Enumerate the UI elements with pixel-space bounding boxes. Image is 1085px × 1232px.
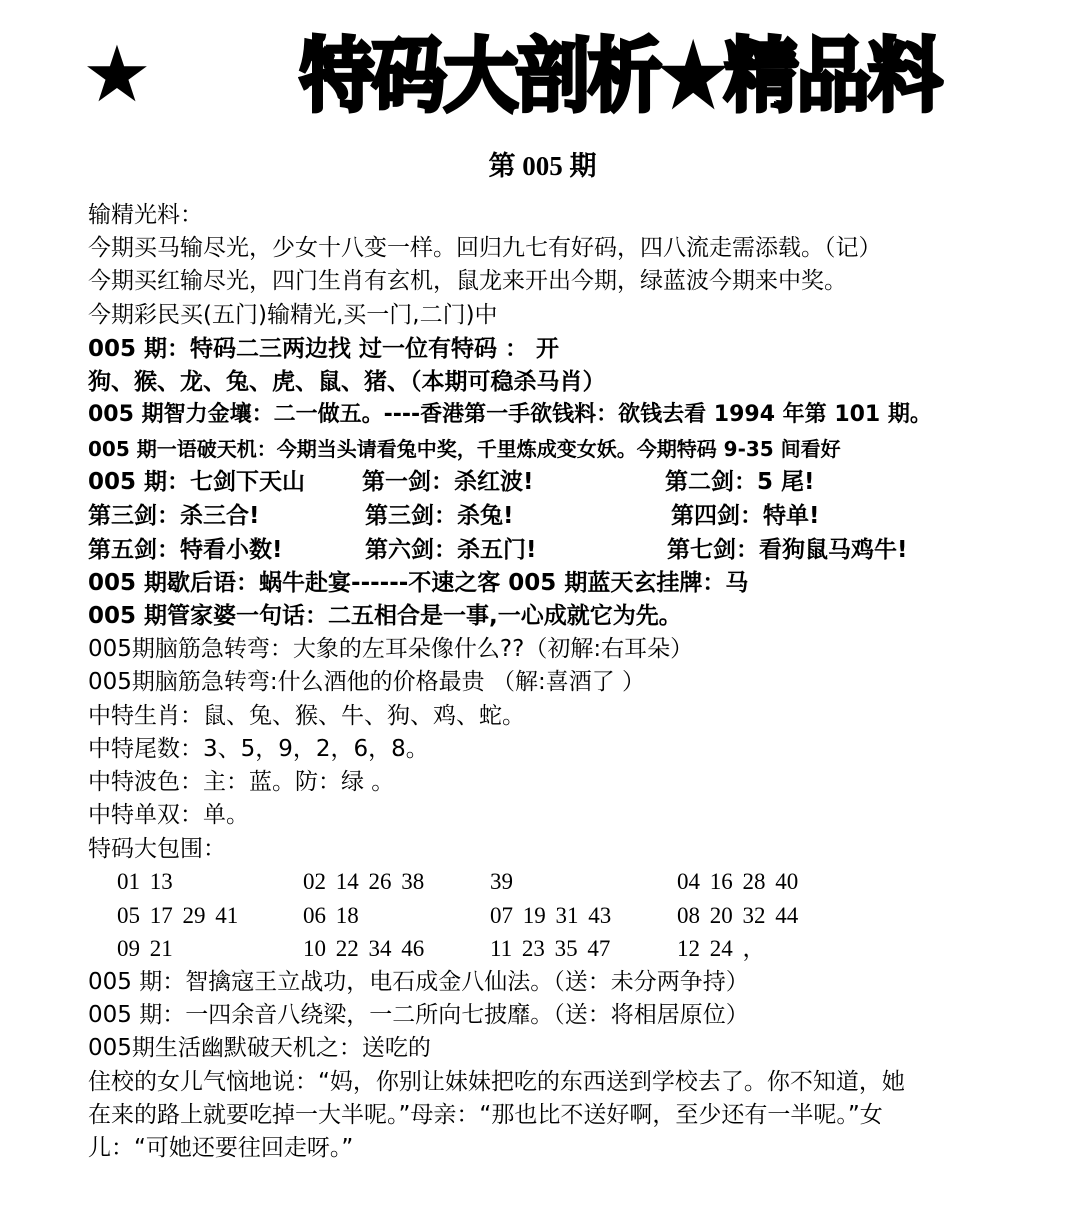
star-icon: ★ bbox=[82, 36, 152, 114]
closing-line: 005 期：一四余音八绕梁，一二所向七披靡。（送：将相居原位） bbox=[88, 1000, 749, 1030]
sword-cell: 第三剑：杀兔! bbox=[365, 501, 514, 531]
section-heading-lose: 输精光料： bbox=[88, 200, 203, 230]
number-group: 08 20 32 44 bbox=[677, 901, 798, 931]
story-line: 住校的女儿气恼地说：“妈，你别让妹妹把吃的东西送到学校去了。你不知道，她 bbox=[88, 1067, 905, 1097]
story-line: 儿：“可她还要往回走呀。” bbox=[88, 1133, 353, 1163]
number-group: 04 16 28 40 bbox=[677, 867, 798, 897]
proverb-line: 005 期歇后语：蜗牛赴宴------不速之客 005 期蓝天玄挂牌：马 bbox=[88, 568, 748, 598]
number-group: 02 14 26 38 bbox=[303, 867, 424, 897]
number-group: 12 24 ， bbox=[677, 934, 766, 964]
story-line: 在来的路上就要吃掉一大半呢。”母亲：“那也比不送好啊，至少还有一半呢。”女 bbox=[88, 1100, 883, 1130]
number-group: 10 22 34 46 bbox=[303, 934, 424, 964]
number-group: 06 18 bbox=[303, 901, 359, 931]
riddle-line: 005期脑筋急转弯:什么酒他的价格最贵 （解:喜酒了 ） bbox=[88, 667, 645, 697]
odd-even-prediction: 中特单双：单。 bbox=[88, 800, 249, 830]
tail-number-prediction: 中特尾数：3、5，9，2，6，8。 bbox=[88, 734, 429, 764]
number-group: 01 13 bbox=[117, 867, 173, 897]
humor-heading: 005期生活幽默破天机之：送吃的 bbox=[88, 1033, 431, 1063]
page-header: ★ 特码大剖析★精品料 bbox=[0, 28, 1085, 118]
wave-color-prediction: 中特波色：主：蓝。防：绿 。 bbox=[88, 767, 394, 797]
sword-cell: 第三剑：杀三合! bbox=[88, 501, 260, 531]
text-line: 今期买红输尽光，四门生肖有玄机，鼠龙来开出今期，绿蓝波今期来中奖。 bbox=[88, 266, 847, 296]
number-group: 39 bbox=[490, 867, 513, 897]
sword-cell: 005 期：七剑下天山 bbox=[88, 467, 305, 497]
number-group: 07 19 31 43 bbox=[490, 901, 611, 931]
intelligence-line: 005 期智力金壤：二一做五。----香港第一手欲钱料：欲钱去看 1994 年第… bbox=[88, 400, 932, 430]
zodiac-prediction: 中特生肖：鼠、兔、猴、牛、狗、鸡、蛇。 bbox=[88, 701, 525, 731]
number-group: 11 23 35 47 bbox=[490, 934, 610, 964]
riddle-line: 005期脑筋急转弯：大象的左耳朵像什么??（初解:右耳朵） bbox=[88, 634, 693, 664]
sword-cell: 第一剑：杀红波! bbox=[362, 467, 534, 497]
text-line: 今期彩民买(五门)输精光,买一门,二门)中 bbox=[88, 300, 498, 330]
number-group: 05 17 29 41 bbox=[117, 901, 238, 931]
sword-cell: 第四剑：特单! bbox=[671, 501, 820, 531]
closing-line: 005 期：智擒寇王立战功，电石成金八仙法。（送：未分两争持） bbox=[88, 967, 749, 997]
issue-number: 第 005 期 bbox=[0, 148, 1085, 184]
zodiac-list: 狗、猴、龙、兔、虎、鼠、猪、（本期可稳杀马肖） bbox=[88, 367, 606, 397]
oracle-line: 005 期一语破天机：今期当头请看兔中奖，千里炼成变女妖。今期特码 9-35 间… bbox=[88, 434, 841, 464]
page-title: 特码大剖析★精品料 bbox=[300, 28, 940, 125]
sword-cell: 第七剑：看狗鼠马鸡牛! bbox=[667, 535, 908, 565]
sword-cell: 第五剑：特看小数! bbox=[88, 535, 283, 565]
sword-cell: 第六剑：杀五门! bbox=[365, 535, 537, 565]
bag-heading: 特码大包围： bbox=[88, 834, 226, 864]
special-code-hint: 005 期：特码二三两边找 过一位有特码 ： 开 bbox=[88, 334, 559, 364]
housekeeper-line: 005 期管家婆一句话：二五相合是一事,一心成就它为先。 bbox=[88, 601, 682, 631]
text-line: 今期买马输尽光，少女十八变一样。回归九七有好码，四八流走需添载。（记） bbox=[88, 233, 882, 263]
number-group: 09 21 bbox=[117, 934, 173, 964]
sword-cell: 第二剑：5 尾! bbox=[665, 467, 815, 497]
